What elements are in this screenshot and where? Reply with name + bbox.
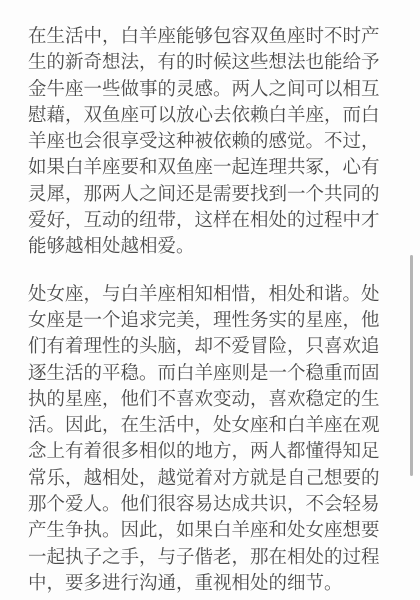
text-line: 慰藉，双鱼座可以放心去依赖白羊座，而白: [28, 102, 394, 128]
text-line: 金牛座一些做事的灵感。两人之间可以相互: [28, 76, 394, 102]
article-text: 在生活中，白羊座能够包容双鱼座时不时产 生的新奇想法，有的时候这些想法也能给予 …: [28, 23, 394, 596]
text-line: 在生活中，白羊座能够包容双鱼座时不时产: [28, 23, 394, 49]
text-line: 女座是一个追求完美，理性务实的星座，他: [28, 307, 394, 333]
text-line: 一起执子之手，与子偕老，那在相处的过程: [28, 544, 394, 570]
text-line: 那个爱人。他们很容易达成共识，不会轻易: [28, 491, 394, 517]
text-line: 活。因此，在生活中，处女座和白羊座在观: [28, 412, 394, 438]
text-line: 逐生活的平稳。而白羊座则是一个稳重而固: [28, 360, 394, 386]
paragraph-aries-pisces: 在生活中，白羊座能够包容双鱼座时不时产 生的新奇想法，有的时候这些想法也能给予 …: [28, 23, 394, 260]
text-line: 生的新奇想法，有的时候这些想法也能给予: [28, 49, 394, 75]
paragraph-virgo-aries: 处女座，与白羊座相知相惜，相处和谐。处 女座是一个追求完美，理性务实的星座，他 …: [28, 281, 394, 597]
text-line: 如果白羊座要和双鱼座一起连理共冢，心有: [28, 154, 394, 180]
article-viewer: 在生活中，白羊座能够包容双鱼座时不时产 生的新奇想法，有的时候这些想法也能给予 …: [0, 0, 420, 600]
text-line: 羊座也会很享受这种被依赖的感觉。不过，: [28, 128, 394, 154]
text-line: 执的星座，他们不喜欢变动，喜欢稳定的生: [28, 386, 394, 412]
text-line: 们有着理性的头脑，却不爱冒险，只喜欢追: [28, 333, 394, 359]
text-line: 念上有着很多相似的地方，两人都懂得知足: [28, 438, 394, 464]
text-line: 爱好，互动的纽带，这样在相处的过程中才: [28, 207, 394, 233]
scrollbar-thumb[interactable]: [410, 255, 413, 476]
text-line: 常乐，越相处，越觉着对方就是自己想要的: [28, 465, 394, 491]
text-line: 能够越相处越相爱。: [28, 233, 394, 259]
text-line: 中，要多进行沟通，重视相处的细节。: [28, 570, 394, 596]
text-line: 灵犀，那两人之间还是需要找到一个共同的: [28, 181, 394, 207]
text-line: 处女座，与白羊座相知相惜，相处和谐。处: [28, 281, 394, 307]
text-line: 产生争执。因此，如果白羊座和处女座想要: [28, 517, 394, 543]
